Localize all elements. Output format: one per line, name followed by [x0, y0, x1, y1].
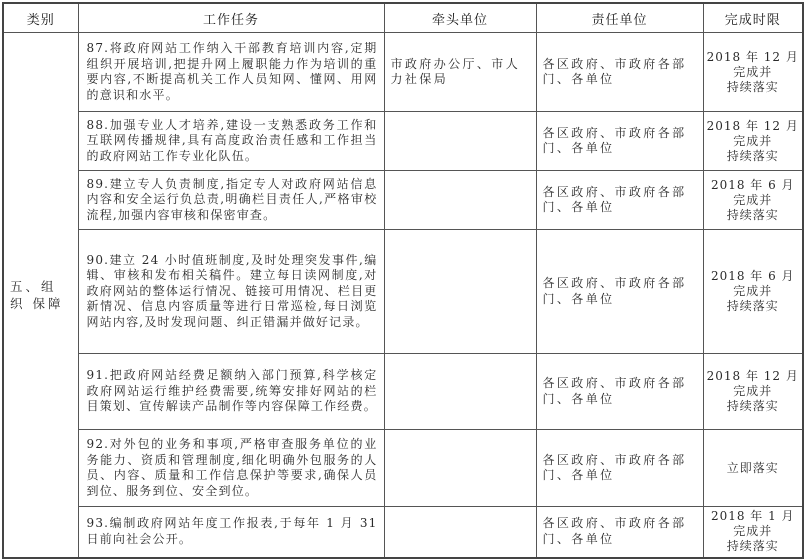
responsible-cell: 各区政府、市政府各部门、各单位 — [536, 112, 703, 171]
lead-cell — [384, 430, 536, 507]
responsible-cell: 各区政府、市政府各部门、各单位 — [536, 171, 703, 230]
table-row: 88.加强专业人才培养,建设一支熟悉政务工作和互联网传播规律,具有高度政治责任感… — [3, 112, 803, 171]
header-deadline: 完成时限 — [703, 3, 803, 33]
deadline-cell: 2018 年 12 月 完成并 持续落实 — [703, 354, 803, 430]
deadline-date: 2018 年 12 月 — [704, 369, 803, 384]
deadline-note: 持续落实 — [704, 399, 803, 414]
task-cell: 90.建立 24 小时值班制度,及时处理突发事件,编辑、审核和发布相关稿件。建立… — [78, 230, 384, 354]
deadline-date: 2018 年 12 月 — [704, 119, 803, 134]
responsible-cell: 各区政府、市政府各部门、各单位 — [536, 354, 703, 430]
task-cell: 93.编制政府网站年度工作报表,于每年 1 月 31 日前向社会公开。 — [78, 507, 384, 558]
table-row: 90.建立 24 小时值班制度,及时处理突发事件,编辑、审核和发布相关稿件。建立… — [3, 230, 803, 354]
deadline-cell: 2018 年 6 月 完成并 持续落实 — [703, 171, 803, 230]
header-row: 类别 工作任务 牵头单位 责任单位 完成时限 — [3, 3, 803, 33]
category-cell: 五、组 织 保障 — [3, 33, 78, 558]
deadline-cell: 立即落实 — [703, 430, 803, 507]
lead-cell — [384, 354, 536, 430]
task-cell: 88.加强专业人才培养,建设一支熟悉政务工作和互联网传播规律,具有高度政治责任感… — [78, 112, 384, 171]
deadline-status: 完成并 — [704, 284, 803, 299]
deadline-cell: 2018 年 12 月 完成并 持续落实 — [703, 112, 803, 171]
deadline-date: 2018 年 6 月 — [704, 269, 803, 284]
lead-cell — [384, 230, 536, 354]
task-table: 类别 工作任务 牵头单位 责任单位 完成时限 五、组 织 保障 87.将政府网站… — [2, 2, 804, 559]
table-row: 91.把政府网站经费足额纳入部门预算,科学核定政府网站运行维护经费需要,统筹安排… — [3, 354, 803, 430]
responsible-cell: 各区政府、市政府各部门、各单位 — [536, 33, 703, 112]
deadline-date: 2018 年 12 月 — [704, 50, 803, 65]
task-cell: 89.建立专人负责制度,指定专人对政府网站信息内容和安全运行负总责,明确栏目责任… — [78, 171, 384, 230]
deadline-status: 完成并 — [704, 524, 803, 539]
deadline-status: 完成并 — [704, 384, 803, 399]
responsible-cell: 各区政府、市政府各部门、各单位 — [536, 230, 703, 354]
lead-cell — [384, 507, 536, 558]
header-task: 工作任务 — [78, 3, 384, 33]
table-row: 89.建立专人负责制度,指定专人对政府网站信息内容和安全运行负总责,明确栏目责任… — [3, 171, 803, 230]
lead-cell — [384, 112, 536, 171]
deadline-note: 持续落实 — [704, 80, 803, 95]
lead-cell: 市政府办公厅、市人力社保局 — [384, 33, 536, 112]
deadline-status: 完成并 — [704, 65, 803, 80]
deadline-status: 完成并 — [704, 193, 803, 208]
table-row: 92.对外包的业务和事项,严格审查服务单位的业务能力、资质和管理制度,细化明确外… — [3, 430, 803, 507]
deadline-status: 立即落实 — [704, 461, 803, 476]
lead-cell — [384, 171, 536, 230]
deadline-status: 完成并 — [704, 134, 803, 149]
deadline-date: 2018 年 1 月 — [704, 509, 803, 524]
responsible-cell: 各区政府、市政府各部门、各单位 — [536, 507, 703, 558]
deadline-note: 持续落实 — [704, 208, 803, 223]
responsible-cell: 各区政府、市政府各部门、各单位 — [536, 430, 703, 507]
table-row: 93.编制政府网站年度工作报表,于每年 1 月 31 日前向社会公开。 各区政府… — [3, 507, 803, 558]
deadline-date: 2018 年 6 月 — [704, 178, 803, 193]
task-cell: 92.对外包的业务和事项,严格审查服务单位的业务能力、资质和管理制度,细化明确外… — [78, 430, 384, 507]
header-category: 类别 — [3, 3, 78, 33]
task-cell: 87.将政府网站工作纳入干部教育培训内容,定期组织开展培训,把提升网上履职能力作… — [78, 33, 384, 112]
task-cell: 91.把政府网站经费足额纳入部门预算,科学核定政府网站运行维护经费需要,统筹安排… — [78, 354, 384, 430]
deadline-note: 持续落实 — [704, 299, 803, 314]
header-responsible: 责任单位 — [536, 3, 703, 33]
deadline-cell: 2018 年 1 月 完成并 持续落实 — [703, 507, 803, 558]
header-lead: 牵头单位 — [384, 3, 536, 33]
deadline-cell: 2018 年 6 月 完成并 持续落实 — [703, 230, 803, 354]
deadline-note: 持续落实 — [704, 539, 803, 554]
deadline-cell: 2018 年 12 月 完成并 持续落实 — [703, 33, 803, 112]
deadline-note: 持续落实 — [704, 149, 803, 164]
table-row: 五、组 织 保障 87.将政府网站工作纳入干部教育培训内容,定期组织开展培训,把… — [3, 33, 803, 112]
